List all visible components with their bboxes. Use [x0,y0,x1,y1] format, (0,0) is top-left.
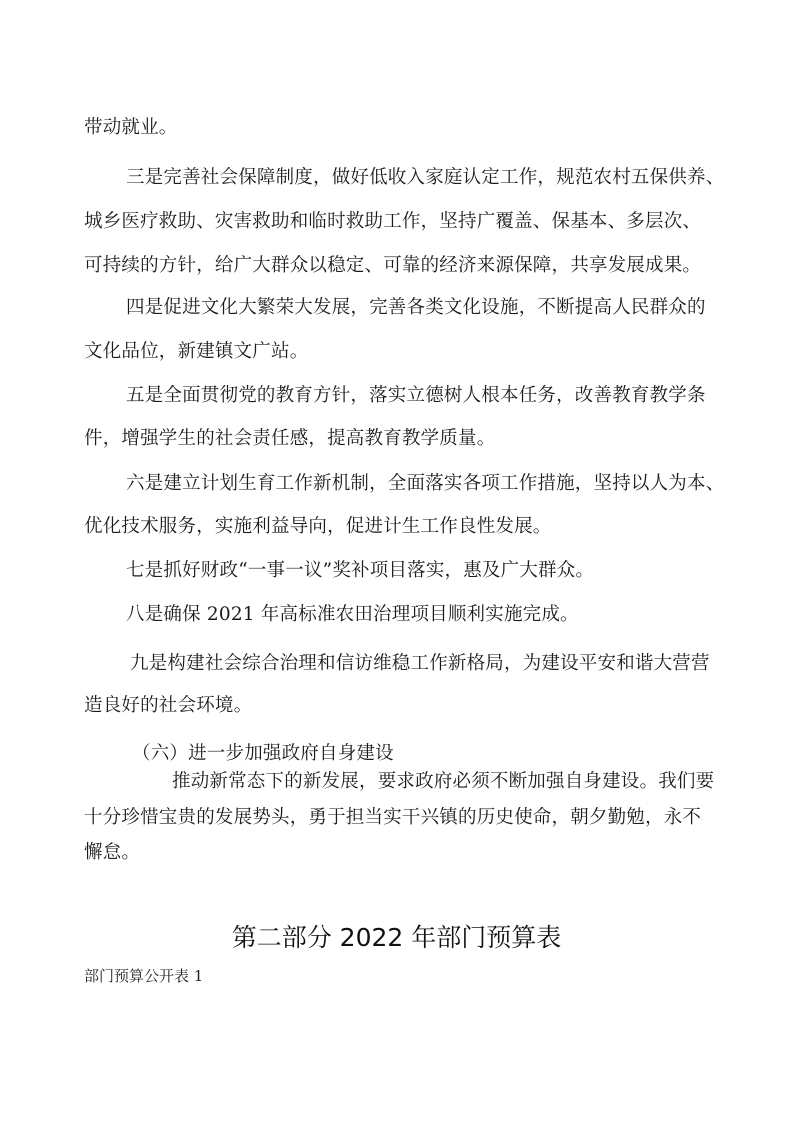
paragraph-line: 可持续的方针，给广大群众以稳定、可靠的经济来源保障，共享发展成果。 [84,254,714,278]
subsection-heading: （六）进一步加强政府自身建设 [132,742,762,766]
paragraph-line: 七是抓好财政“一事一议”奖补项目落实，惠及广大群众。 [126,559,756,583]
table-caption: 部门预算公开表 1 [84,966,203,986]
paragraph-line: 四是促进文化大繁荣大发展，完善各类文化设施，不断提高人民群众的 [126,296,756,320]
paragraph-line: 城乡医疗救助、灾害救助和临时救助工作，坚持广覆盖、保基本、多层次、 [84,210,714,234]
paragraph-line: 五是全面贯彻党的教育方针，落实立德树人根本任务，改善教育教学条 [126,384,756,408]
paragraph-line: 优化技术服务，实施利益导向，促进计生工作良性发展。 [84,515,714,539]
paragraph-line: 文化品位，新建镇文广站。 [84,340,714,364]
paragraph-line: 十分珍惜宝贵的发展势头，勇于担当实干兴镇的历史使命，朝夕勤勉，永不 [84,806,714,830]
paragraph-line: 件，增强学生的社会责任感，提高教育教学质量。 [84,427,714,451]
document-page: 带动就业。 三是完善社会保障制度，做好低收入家庭认定工作，规范农村五保供养、 城… [0,0,793,1122]
paragraph-line: 造良好的社会环境。 [84,694,714,718]
paragraph-line: 带动就业。 [84,116,714,140]
paragraph-line: 懈怠。 [84,841,714,865]
paragraph-line: 六是建立计划生育工作新机制，全面落实各项工作措施，坚持以人为本、 [126,472,756,496]
paragraph-line: 推动新常态下的新发展，要求政府必须不断加强自身建设。我们要 [172,770,793,794]
paragraph-line: 九是构建社会综合治理和信访维稳工作新格局，为建设平安和谐大营营 [130,652,760,676]
paragraph-line: 三是完善社会保障制度，做好低收入家庭认定工作，规范农村五保供养、 [126,166,756,190]
paragraph-line: 八是确保 2021 年高标准农田治理项目顺利实施完成。 [126,603,756,627]
section-heading: 第二部分 2022 年部门预算表 [0,922,793,954]
